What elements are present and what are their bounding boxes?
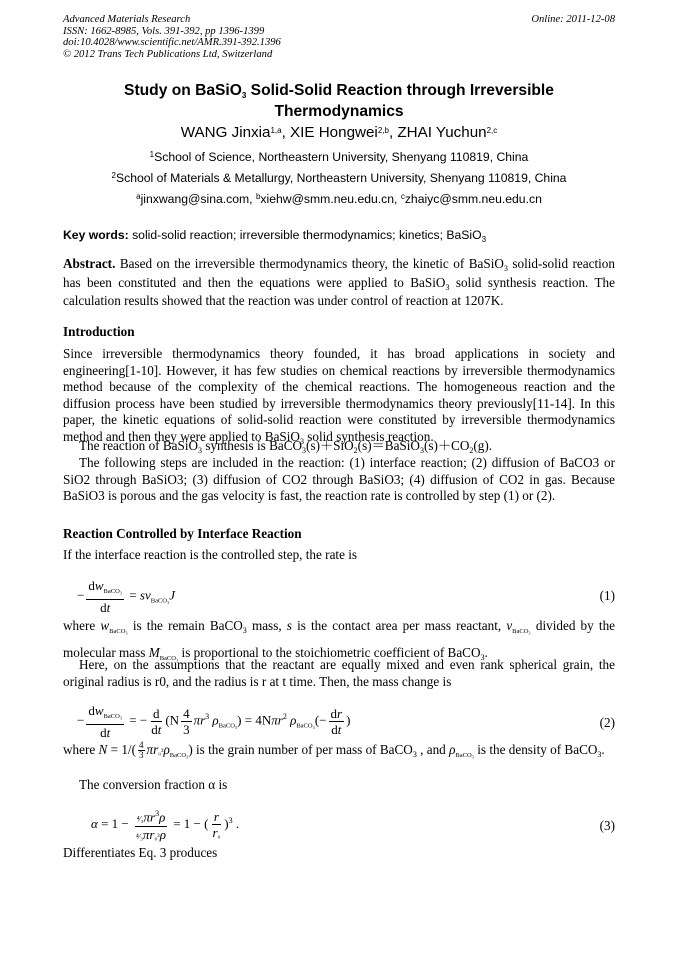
keywords-label: Key words: — [63, 228, 129, 242]
equation-3-body: α = 1 − ⁴⁄₃πr3ρ⁴⁄₃πr₀³ρ = 1 − (rr₀)3 . — [91, 806, 239, 844]
intro-paragraph-1: Since irreversible thermodynamics theory… — [63, 346, 615, 448]
section2-paragraph-3: Here, on the assumptions that the reacta… — [63, 657, 615, 690]
author: WANG Jinxia — [181, 124, 271, 141]
equation-number: (2) — [600, 715, 615, 731]
affiliation-1: 1School of Science, Northeastern Univers… — [40, 150, 638, 164]
abstract-label: Abstract. — [63, 256, 115, 271]
section-heading-interface-reaction: Reaction Controlled by Interface Reactio… — [63, 526, 302, 542]
section2-paragraph-5: The conversion fraction α is — [63, 777, 615, 794]
email-link[interactable]: jinxwang@sina.com — [141, 192, 250, 206]
abstract: Abstract. Based on the irreversible ther… — [63, 256, 615, 310]
affiliation-2: 2School of Materials & Metallurgy, North… — [40, 171, 638, 185]
equation-number: (3) — [600, 818, 615, 834]
paper-title: Study on BaSiO3 Solid-Solid Reaction thr… — [63, 82, 615, 121]
online-date: Online: 2011-12-08 — [531, 14, 615, 26]
journal-header: Advanced Materials Research ISSN: 1662-8… — [63, 14, 281, 60]
equation-1-body: −dwBaCO₃dt = sνBaCO₃J — [77, 578, 175, 615]
equation-1: −dwBaCO₃dt = sνBaCO₃J (1) — [63, 578, 615, 618]
email-link[interactable]: xiehw@smm.neu.edu.cn — [260, 192, 394, 206]
section2-paragraph-4: where N = 1/(43πr₀³ρBaCO₃) is the grain … — [63, 741, 615, 765]
section2-paragraph-6: Differentiates Eq. 3 produces — [63, 845, 615, 862]
author-emails: ajinxwang@sina.com, bxiehw@smm.neu.edu.c… — [40, 192, 638, 206]
keywords: Key words: solid-solid reaction; irrever… — [63, 228, 486, 244]
author-list: WANG Jinxia1,a, XIE Hongwei2,b, ZHAI Yuc… — [63, 124, 615, 142]
doi-line: doi:10.4028/www.scientific.net/AMR.391-3… — [63, 37, 281, 49]
journal-name: Advanced Materials Research — [63, 14, 281, 26]
email-link[interactable]: zhaiyc@smm.neu.edu.cn — [405, 192, 542, 206]
equation-3: α = 1 − ⁴⁄₃πr3ρ⁴⁄₃πr₀³ρ = 1 − (rr₀)3 . (… — [63, 806, 615, 846]
intro-paragraph-2: The reaction of BaSiO3 synthesis is BaCO… — [63, 438, 615, 457]
equation-2-body: −dwBaCO₃dt = −ddt(N43πr3 ρBaCO₃) = 4Nπr2… — [77, 703, 350, 740]
author: ZHAI Yuchun — [397, 124, 486, 141]
issn-line: ISSN: 1662-8985, Vols. 391-392, pp 1396-… — [63, 26, 281, 38]
equation-2: −dwBaCO₃dt = −ddt(N43πr3 ρBaCO₃) = 4Nπr2… — [63, 703, 615, 743]
section2-paragraph-1: If the interface reaction is the control… — [63, 547, 615, 564]
equation-number: (1) — [600, 588, 615, 604]
intro-paragraph-3: The following steps are included in the … — [63, 455, 615, 505]
section-heading-introduction: Introduction — [63, 324, 135, 340]
copyright-line: © 2012 Trans Tech Publications Ltd, Swit… — [63, 49, 281, 61]
author: XIE Hongwei — [290, 124, 378, 141]
